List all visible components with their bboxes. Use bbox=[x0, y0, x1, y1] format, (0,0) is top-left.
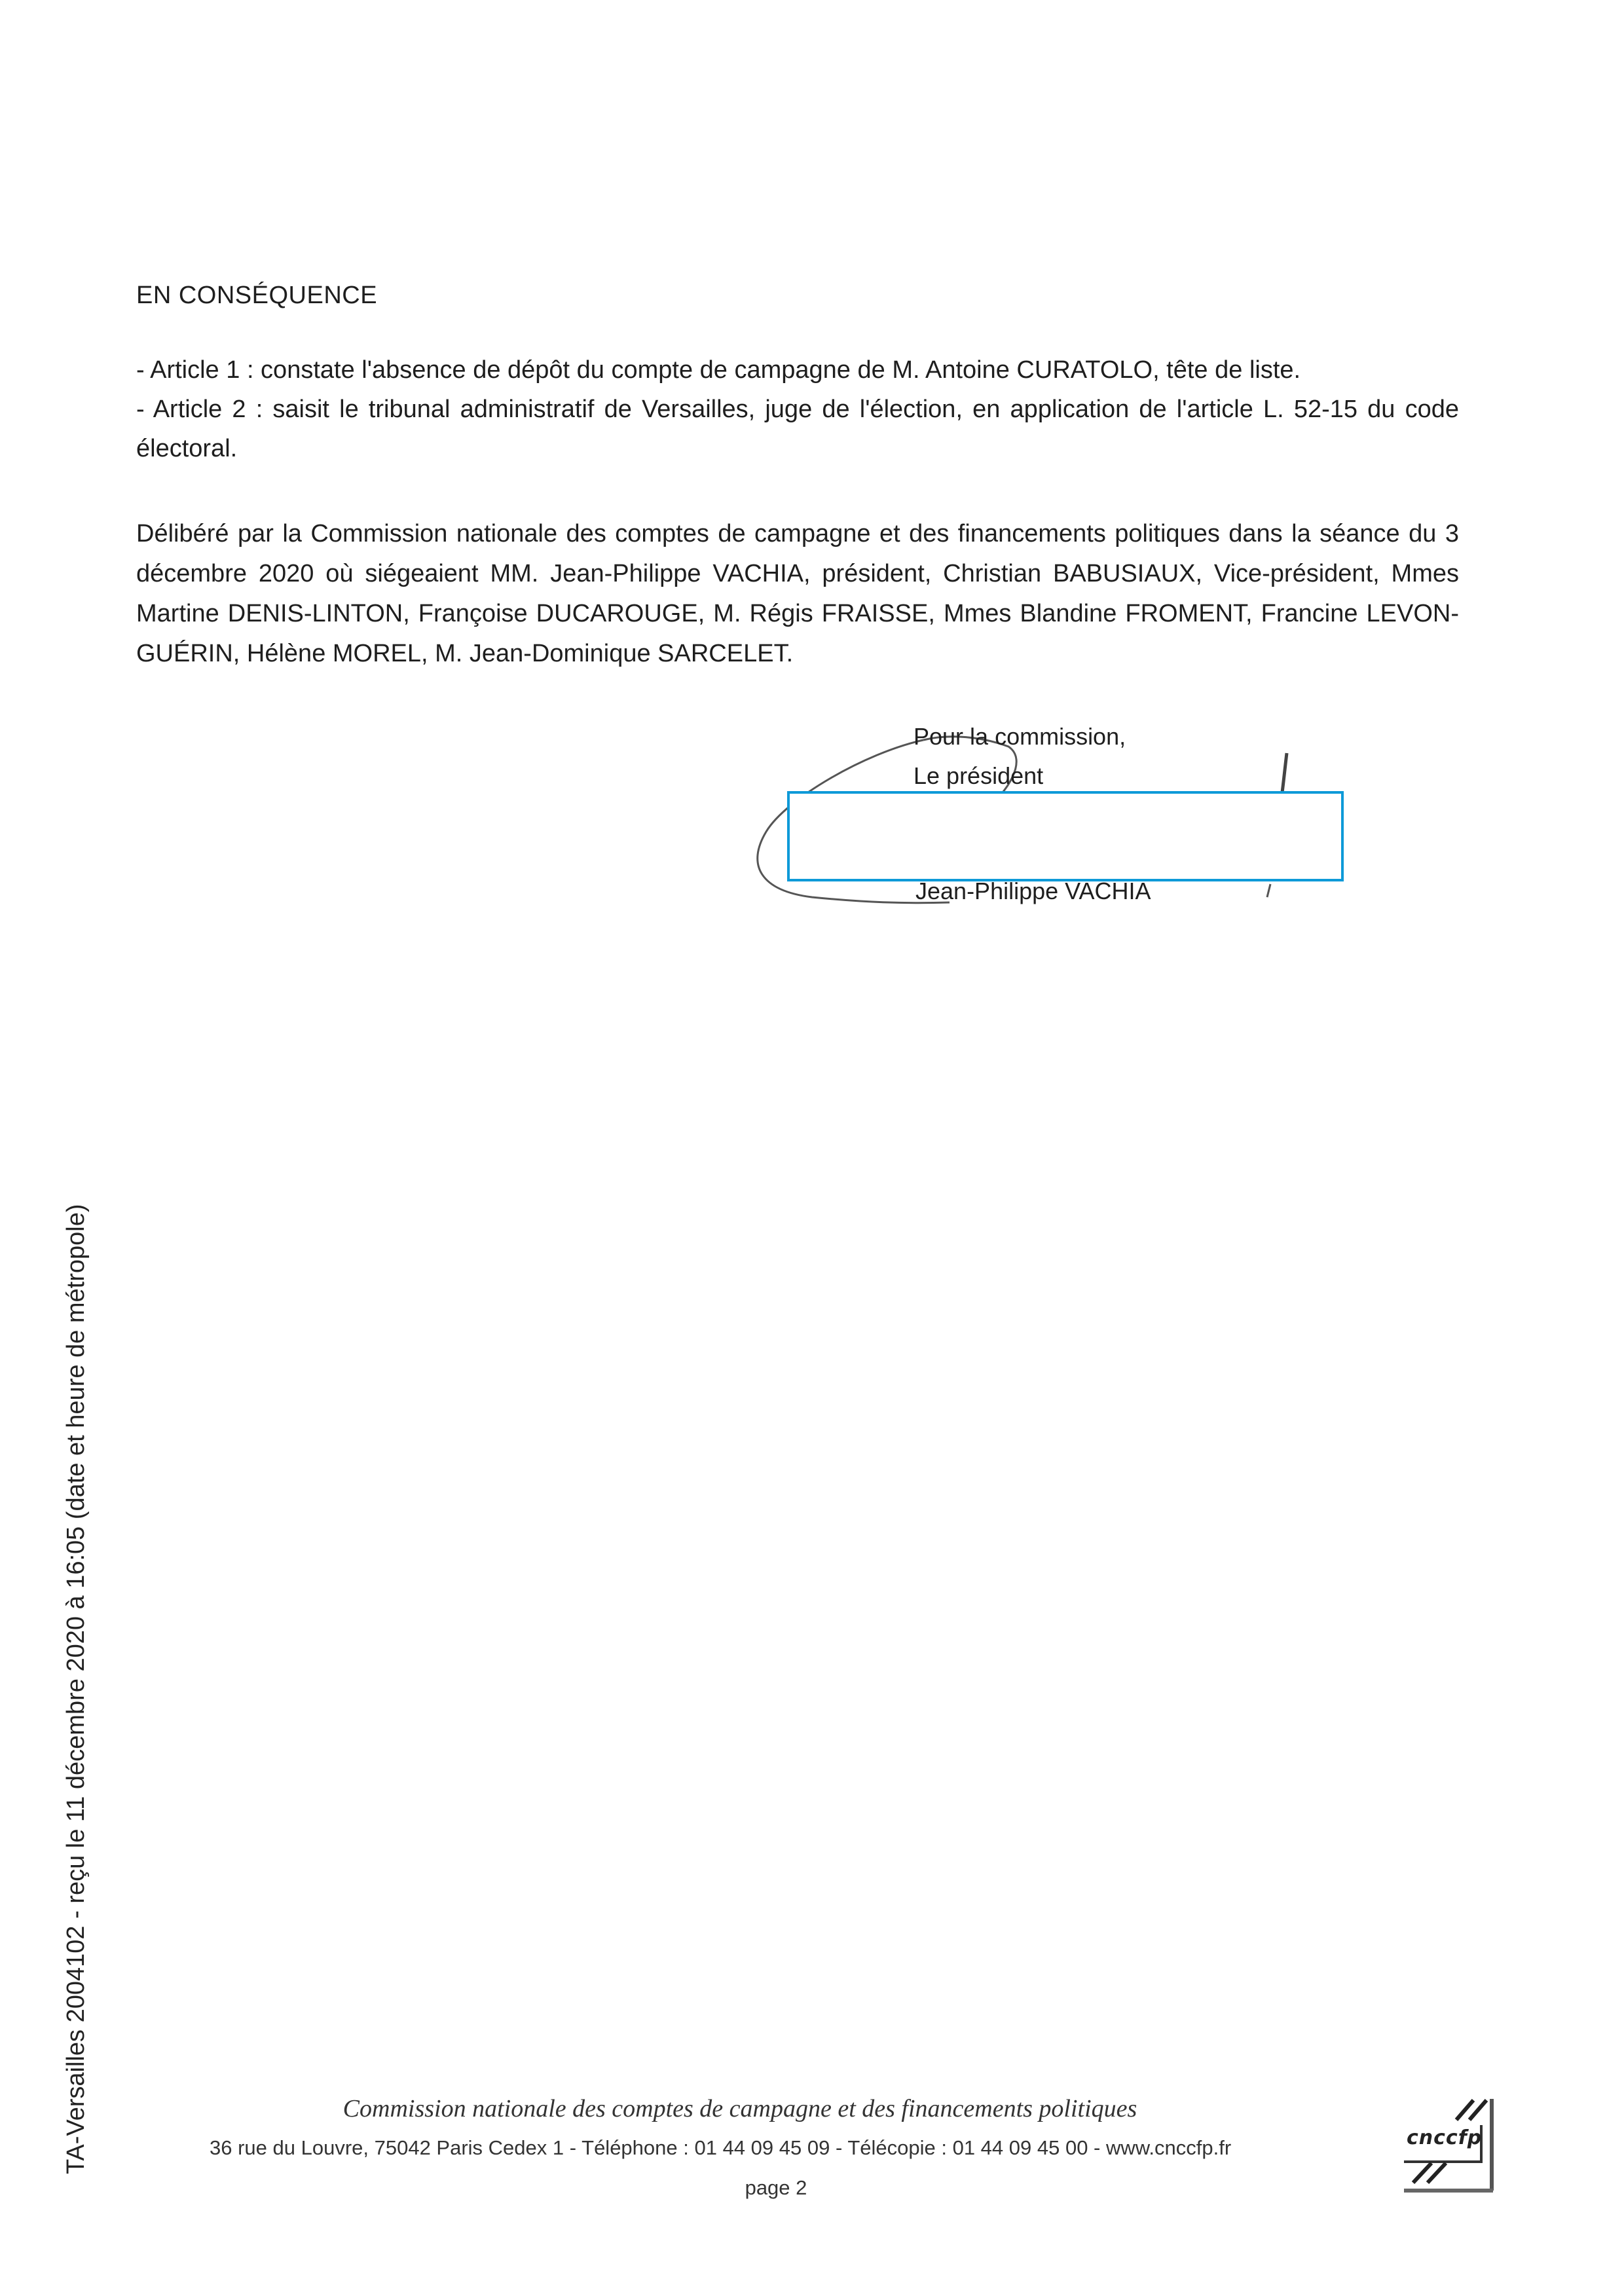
redaction-box bbox=[787, 791, 1344, 881]
article-2: - Article 2 : saisit le tribunal adminis… bbox=[136, 390, 1459, 468]
article-1: - Article 1 : constate l'absence de dépô… bbox=[136, 350, 1459, 390]
deliberation-paragraph: Délibéré par la Commission nationale des… bbox=[136, 514, 1459, 674]
court-receipt-stamp: TA-Versailles 2004102 - reçu le 11 décem… bbox=[62, 1204, 90, 2175]
signature-line-2: Le président bbox=[913, 756, 1126, 796]
document-page: EN CONSÉQUENCE - Article 1 : constate l'… bbox=[0, 0, 1624, 2296]
logo-text: cnccfp bbox=[1407, 2126, 1482, 2149]
articles-list: - Article 1 : constate l'absence de dépô… bbox=[136, 350, 1459, 468]
footer-address: 36 rue du Louvre, 75042 Paris Cedex 1 - … bbox=[210, 2136, 1231, 2160]
cnccfp-logo: cnccfp bbox=[1401, 2092, 1500, 2197]
section-heading: EN CONSÉQUENCE bbox=[136, 282, 377, 310]
signature-line-1: Pour la commission, bbox=[913, 717, 1126, 756]
signature-block: Pour la commission, Le président bbox=[913, 717, 1126, 796]
footer-organization: Commission nationale des comptes de camp… bbox=[0, 2094, 1480, 2123]
signatory-name: Jean-Philippe VACHIA bbox=[915, 878, 1151, 905]
page-number: page 2 bbox=[0, 2176, 1552, 2200]
deliberation-text: Délibéré par la Commission nationale des… bbox=[136, 514, 1459, 674]
